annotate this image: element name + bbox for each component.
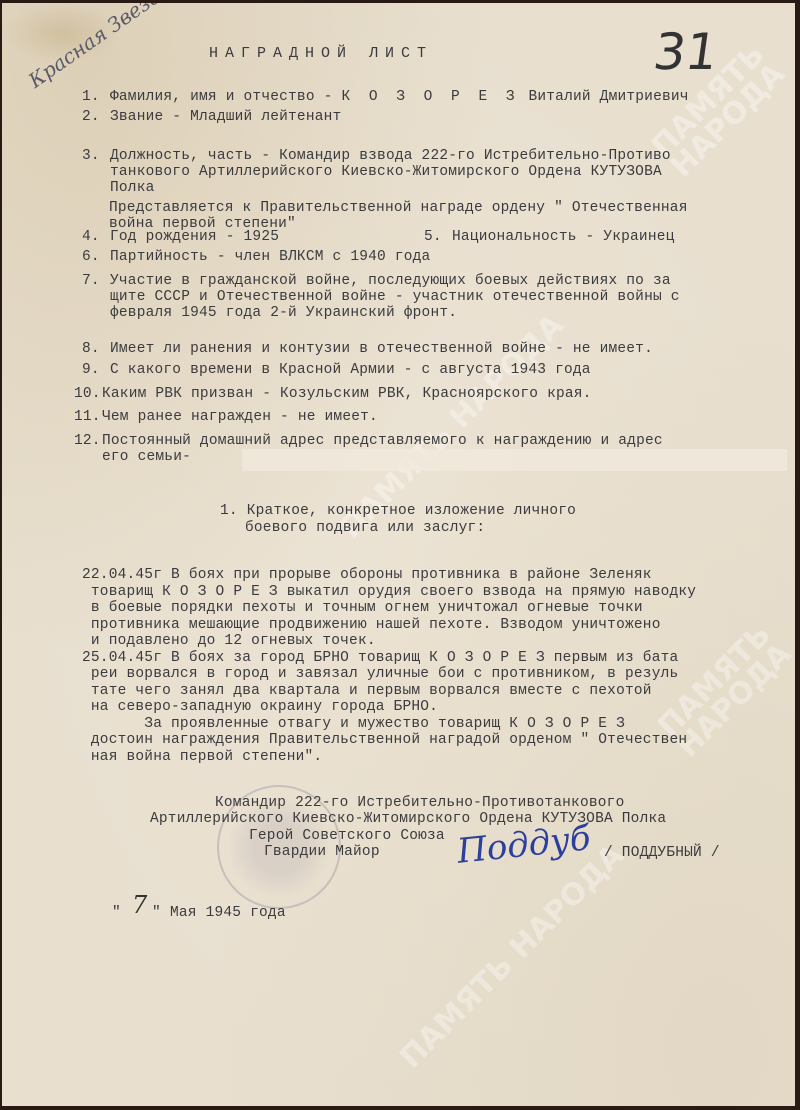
narrative-line: достоин награждения Правительственной на… (82, 732, 687, 748)
item-text: танкового Артиллерийского Киевско-Житоми… (110, 164, 662, 180)
narrative-line: ная война первой степени". (82, 749, 322, 765)
item-text: Национальность - Украинец (452, 229, 675, 245)
narrative-line: реи ворвался в город и завязал уличные б… (82, 666, 678, 682)
item-number: 1. (82, 89, 100, 105)
narrative-line: 25.04.45г В боях за город БРНО товарищ К… (82, 650, 678, 666)
item-number: 11. (74, 409, 101, 425)
item-text: февраля 1945 года 2-й Украинский фронт. (110, 305, 457, 321)
item-number: 10. (74, 386, 101, 402)
item-number: 8. (82, 341, 100, 357)
item-text: щите СССР и Отечественной войне - участн… (110, 289, 680, 305)
award-sheet-page: ПАМЯТЬ НАРОДА ПАМЯТЬ НАРОДА ПАМЯТЬ НАРОД… (2, 3, 795, 1106)
narrative-line: 22.04.45г В боях при прорыве обороны про… (82, 567, 652, 583)
item-text: Участие в гражданской войне, последующих… (110, 273, 671, 289)
item-text: Полка (110, 180, 155, 196)
item-text: Чем ранее награжден - не имеет. (102, 409, 378, 425)
item-text: С какого времени в Красной Армии - с авг… (110, 362, 591, 378)
item-text: Партийность - член ВЛКСМ с 1940 года (110, 249, 430, 265)
redacted-address (242, 449, 787, 471)
page-number: 31 (650, 23, 722, 81)
item-text: Год рождения - 1925 (110, 229, 279, 245)
watermark: ПАМЯТЬ НАРОДА (396, 841, 629, 1074)
narrative-line: противника мешающие продвижению нашей пе… (82, 617, 661, 633)
narrative-line: в боевые порядки пехоты и точным огнем у… (82, 600, 643, 616)
narrative-line: За проявленные отвагу и мужество товарищ… (82, 716, 625, 732)
date-quote: " (112, 905, 121, 921)
item-number: 7. (82, 273, 100, 289)
date-quote: " (152, 905, 161, 921)
narrative-line: и подавлено до 12 огневых точек. (82, 633, 376, 649)
section-heading-line: 1. Краткое, конкретное изложение личного (220, 503, 576, 519)
item-number: 12. (74, 433, 101, 449)
section-heading-line: боевого подвига или заслуг: (245, 520, 485, 536)
item-text: Каким РВК призван - Козульским РВК, Крас… (102, 386, 592, 402)
signature-line: Гвардии Майор (264, 844, 380, 860)
narrative-line: товарищ К О З О Р Е З выкатил орудия сво… (82, 584, 696, 600)
item-number: 2. (82, 109, 100, 125)
narrative-line: на северо-западную окраину города БРНО. (82, 699, 438, 715)
surname: К О З О Р Е З (341, 89, 519, 105)
item-text: Звание - Младший лейтенант (110, 109, 341, 125)
item-number: 9. (82, 362, 100, 378)
item-text: Фамилия, имя и отчество - К О З О Р Е З … (110, 89, 689, 105)
date-text: Мая 1945 года (170, 905, 286, 921)
narrative-line: тате чего занял два квартала и первым во… (82, 683, 652, 699)
signature-line: Командир 222-го Истребительно-Противотан… (215, 795, 624, 811)
date-day: 7 (132, 891, 147, 919)
signer-name: / ПОДДУБНЫЙ / (604, 845, 720, 861)
award-request-line: Представляется к Правительственной награ… (109, 200, 688, 216)
item-number: 6. (82, 249, 100, 265)
item-text: его семьи- (102, 449, 191, 465)
item-text: Должность, часть - Командир взвода 222-г… (110, 148, 671, 164)
signature-line: Герой Советского Союза (249, 828, 445, 844)
item-text: Постоянный домашний адрес представляемог… (102, 433, 663, 449)
item-text: Имеет ли ранения и контузии в отечествен… (110, 341, 653, 357)
document-title: НАГРАДНОЙ ЛИСТ (209, 45, 433, 62)
item-number: 3. (82, 148, 100, 164)
item-number: 4. (82, 229, 100, 245)
item-number: 5. (424, 229, 442, 245)
